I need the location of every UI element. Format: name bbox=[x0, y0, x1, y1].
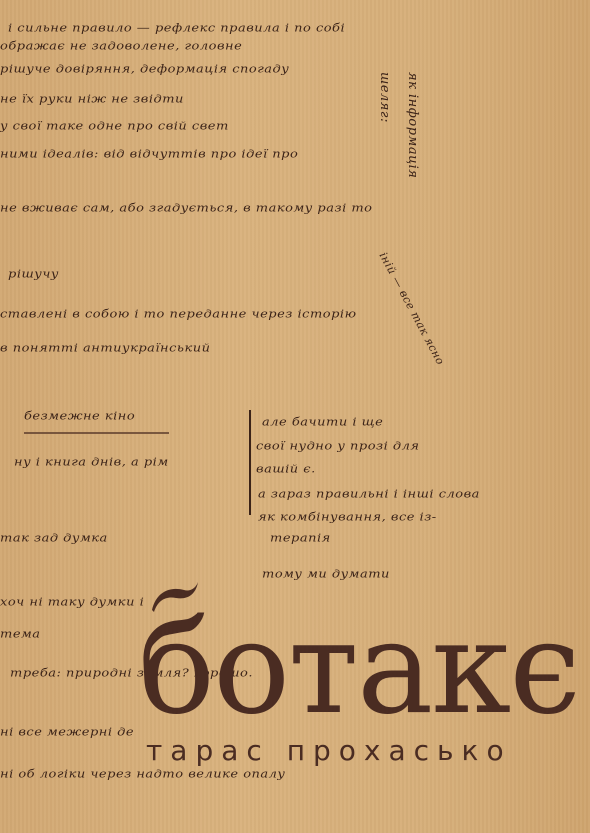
bracket-line: терапія bbox=[270, 532, 331, 545]
handwriting-line: і сильне правило — рефлекс правила і по … bbox=[8, 22, 345, 35]
author-name: тарас прохасько bbox=[146, 734, 512, 767]
handwriting-line: ні об логіки через надто велике опалу bbox=[0, 768, 285, 781]
handwriting-line: тема bbox=[0, 628, 41, 641]
margin-note: шеляг: bbox=[377, 72, 392, 123]
handwriting-line: не вживає сам, або згадується, в такому … bbox=[0, 202, 373, 215]
handwriting-line: в понятті антиукраїнський bbox=[0, 342, 211, 355]
handwriting-line: ні все межерні де bbox=[0, 726, 134, 739]
book-title: ботакє bbox=[138, 605, 579, 733]
margin-note: як інформація bbox=[405, 72, 420, 178]
book-cover: і сильне правило — рефлекс правила і по … bbox=[0, 0, 590, 833]
bracket-line: як комбінування, все із- bbox=[258, 511, 437, 524]
handwriting-line: ставлені в собою і то переданне через іс… bbox=[0, 308, 357, 321]
bracket-line: вашій є. bbox=[256, 463, 316, 476]
margin-bracket bbox=[249, 410, 251, 515]
handwriting-line: у свої таке одне про свій свет bbox=[0, 120, 229, 133]
bracket-line: свої нудно у прозі для bbox=[256, 440, 420, 453]
handwriting-line: рішуче довіряння, деформація спогаду bbox=[0, 63, 289, 76]
margin-note: іній — все так ясно bbox=[377, 250, 448, 367]
bracket-line: а зараз правильні і інші слова bbox=[258, 488, 480, 501]
handwriting-line: ними ідеалів: від відчуттів про ідеї про bbox=[0, 148, 298, 161]
handwriting-line: хоч ні таку думки і bbox=[0, 596, 144, 609]
handwriting-line: ображає не задоволене, головне bbox=[0, 40, 242, 53]
handwriting-heading: безмежне кіно bbox=[24, 410, 135, 423]
handwriting-line: рішучу bbox=[8, 268, 59, 281]
handwriting-line: не їх руки ніж не звідти bbox=[0, 93, 184, 106]
handwriting-line: ну і книга днів, а рім bbox=[14, 456, 169, 469]
heading-underline bbox=[24, 432, 169, 434]
handwriting-line: так зад думка bbox=[0, 532, 108, 545]
bracket-line: тому ми думати bbox=[262, 568, 390, 581]
bracket-line: але бачити і ще bbox=[262, 416, 383, 429]
